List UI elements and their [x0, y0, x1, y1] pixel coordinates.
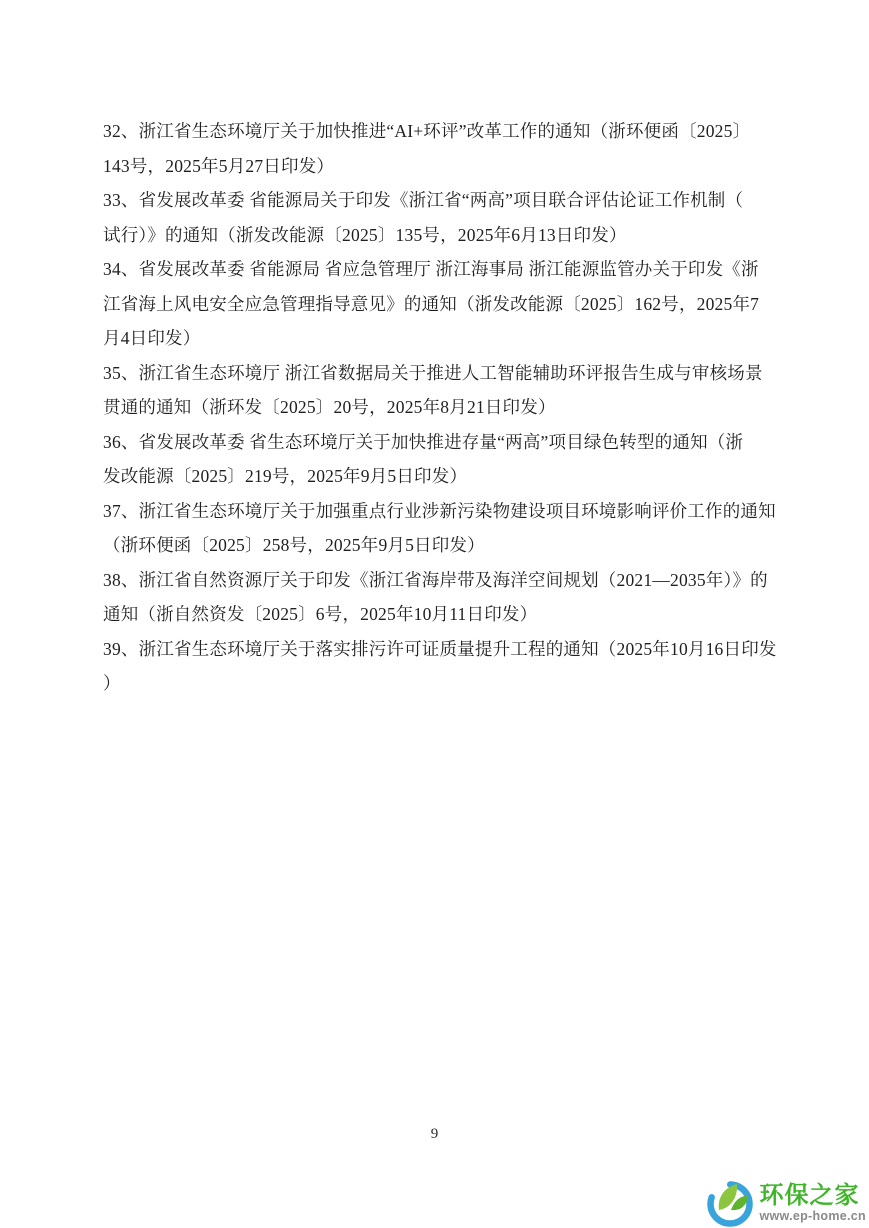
watermark-url-text: www.ep-home.cn — [759, 1209, 866, 1223]
notice-line: 发改能源〔2025〕219号，2025年9月5日印发） — [103, 459, 793, 494]
notice-line: 贯通的通知（浙环发〔2025〕20号，2025年8月21日印发） — [103, 390, 793, 425]
notice-item-39: 39、浙江省生态环境厅关于落实排污许可证质量提升工程的通知（2025年10月16… — [103, 632, 793, 701]
notice-line: 39、浙江省生态环境厅关于落实排污许可证质量提升工程的通知（2025年10月16… — [103, 632, 793, 667]
watermark-brand-text: 环保之家 — [759, 1182, 859, 1209]
notice-line: 37、浙江省生态环境厅关于加强重点行业涉新污染物建设项目环境影响评价工作的通知 — [103, 494, 793, 529]
notice-item-37: 37、浙江省生态环境厅关于加强重点行业涉新污染物建设项目环境影响评价工作的通知 … — [103, 494, 793, 563]
notice-line: 通知（浙自然资发〔2025〕6号，2025年10月11日印发） — [103, 597, 793, 632]
notice-line: （浙环便函〔2025〕258号，2025年9月5日印发） — [103, 528, 793, 563]
notice-item-38: 38、浙江省自然资源厅关于印发《浙江省海岸带及海洋空间规划（2021—2035年… — [103, 563, 793, 632]
notice-item-33: 33、省发展改革委 省能源局关于印发《浙江省“两高”项目联合评估论证工作机制（ … — [103, 183, 793, 252]
notice-line: 33、省发展改革委 省能源局关于印发《浙江省“两高”项目联合评估论证工作机制（ — [103, 183, 793, 218]
notice-item-36: 36、省发展改革委 省生态环境厅关于加快推进存量“两高”项目绿色转型的通知（浙 … — [103, 425, 793, 494]
notice-line: 江省海上风电安全应急管理指导意见》的通知（浙发改能源〔2025〕162号，202… — [103, 287, 793, 322]
notice-line: ） — [103, 666, 793, 701]
notice-item-35: 35、浙江省生态环境厅 浙江省数据局关于推进人工智能辅助环评报告生成与审核场景 … — [103, 356, 793, 425]
notice-item-34: 34、省发展改革委 省能源局 省应急管理厅 浙江海事局 浙江能源监管办关于印发《… — [103, 252, 793, 356]
notice-line: 34、省发展改革委 省能源局 省应急管理厅 浙江海事局 浙江能源监管办关于印发《… — [103, 252, 793, 287]
notice-line: 143号，2025年5月27日印发） — [103, 149, 793, 184]
ep-home-watermark: 环保之家 www.ep-home.cn — [705, 1177, 866, 1227]
ep-home-logo-icon — [705, 1177, 755, 1227]
page-number: 9 — [0, 1126, 869, 1143]
notice-line: 38、浙江省自然资源厅关于印发《浙江省海岸带及海洋空间规划（2021—2035年… — [103, 563, 793, 598]
notice-list: 32、浙江省生态环境厅关于加快推进“AI+环评”改革工作的通知（浙环便函〔202… — [103, 114, 793, 701]
notice-line: 月4日印发） — [103, 321, 793, 356]
notice-item-32: 32、浙江省生态环境厅关于加快推进“AI+环评”改革工作的通知（浙环便函〔202… — [103, 114, 793, 183]
notice-line: 试行）》的通知（浙发改能源〔2025〕135号，2025年6月13日印发） — [103, 218, 793, 253]
notice-line: 36、省发展改革委 省生态环境厅关于加快推进存量“两高”项目绿色转型的通知（浙 — [103, 425, 793, 460]
notice-line: 35、浙江省生态环境厅 浙江省数据局关于推进人工智能辅助环评报告生成与审核场景 — [103, 356, 793, 391]
watermark-text-block: 环保之家 www.ep-home.cn — [759, 1182, 866, 1223]
notice-line: 32、浙江省生态环境厅关于加快推进“AI+环评”改革工作的通知（浙环便函〔202… — [103, 114, 793, 149]
